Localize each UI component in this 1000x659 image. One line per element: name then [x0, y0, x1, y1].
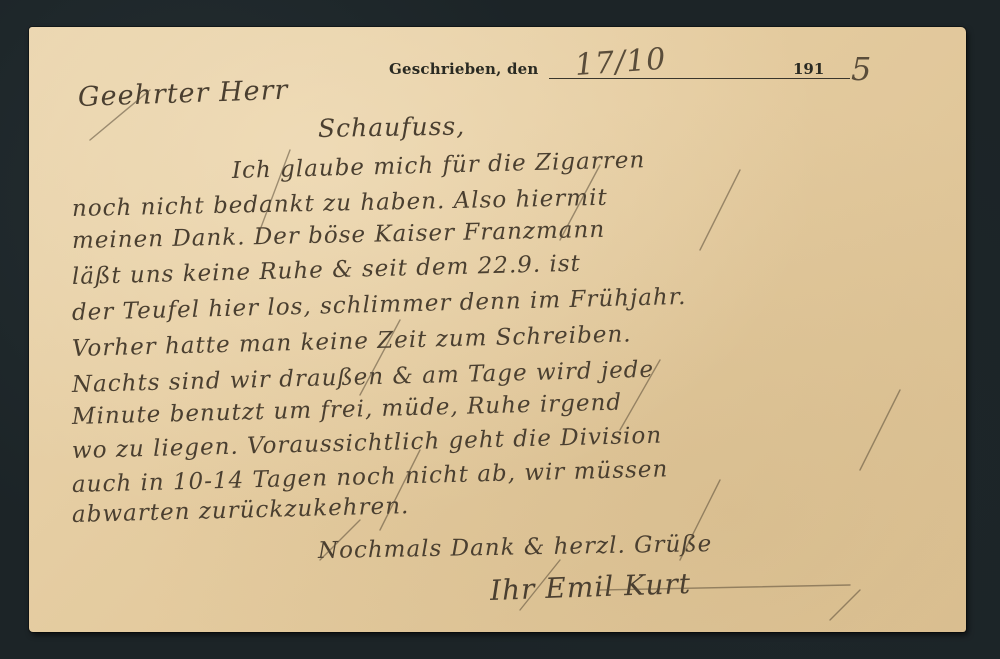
handwritten-year-digit: 5: [851, 50, 872, 88]
printed-date-label: Geschrieben, den: [389, 60, 539, 78]
signature: Ihr Emil Kurt: [489, 567, 691, 607]
handwritten-date: 17/10: [574, 42, 668, 83]
salutation-line-2: Schaufuss,: [318, 111, 466, 143]
year-underline: [790, 78, 850, 79]
printed-year-prefix: 191: [793, 60, 824, 78]
